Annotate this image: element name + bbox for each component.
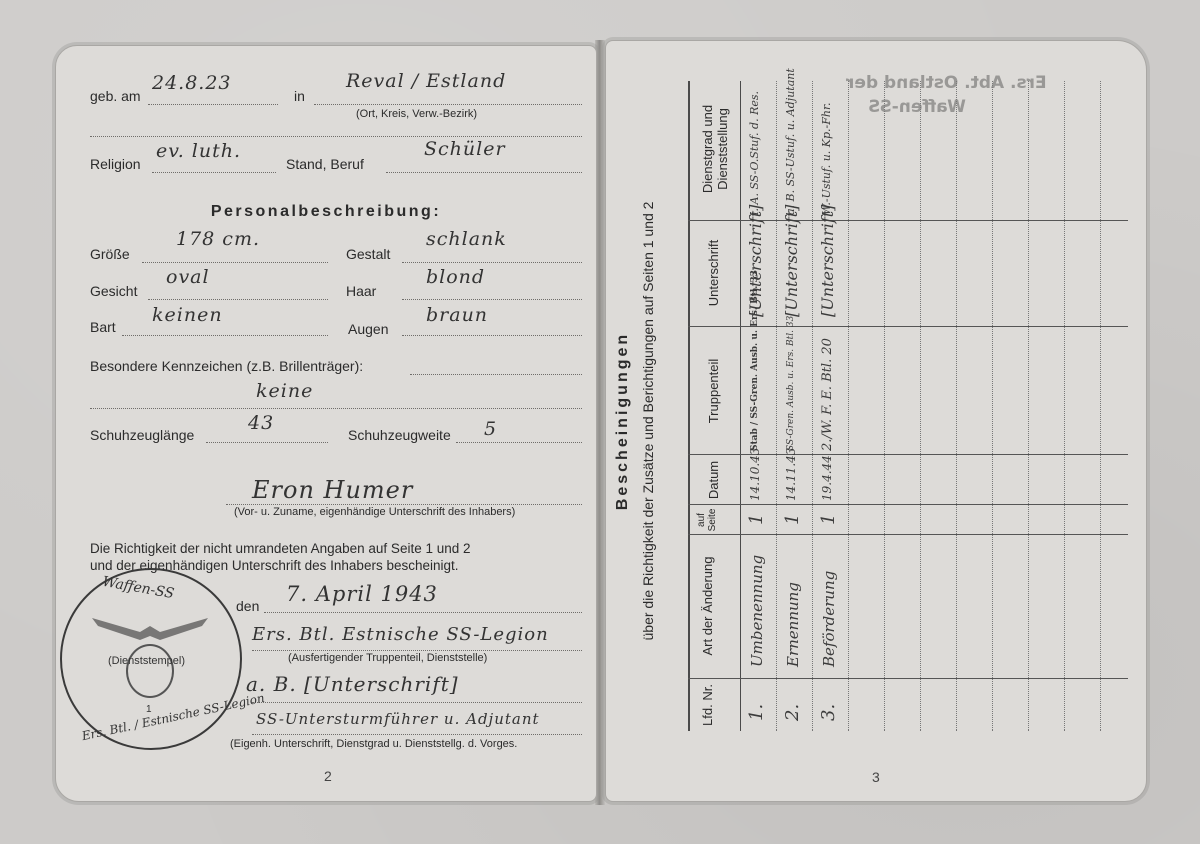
header-truppenteil: Truppenteil [706,331,721,451]
issue-date-value: 7. April 1943 [286,582,438,606]
row-rule [1064,81,1065,731]
table-top-rule [688,81,690,731]
row-1-nr: 1. [746,704,767,721]
dotted-line [402,262,582,263]
row-rule [812,81,813,731]
row-3-dienstgrad: W.-Ustuf. u. Kp.-Fhr. [820,102,833,215]
hair-label: Haar [346,283,376,299]
birth-place-value: Reval / Estland [346,70,506,92]
header-unterschrift: Unterschrift [706,223,721,323]
row-2-datum: 14.11.43 [784,448,798,501]
row-1-seite: 1 [746,514,767,525]
row-3-art: Beförderung [820,571,838,667]
dotted-line [410,374,582,375]
beard-value: keinen [152,304,223,326]
certification-text-line-1: Die Richtigkeit der nicht umrandeten Ang… [90,540,471,557]
header-seite: auf Seite [696,507,718,533]
row-1-datum: 14.10.43 [748,448,762,501]
wreath-emblem-icon [126,644,174,698]
officer-signature: a. B. [Unterschrift] [246,672,459,696]
face-value: oval [166,266,210,288]
dotted-line [386,172,582,173]
col-divider [688,504,1128,505]
stamp-top-text: Waffen-SS [101,574,175,602]
official-stamp: Waffen-SS (Dienststempel) 1 Ers. Btl. / … [60,568,242,750]
row-3-datum: 19.4.44 [820,455,834,501]
right-page: Ers. Abt. Ostland der Waffen-SS Beschein… [605,40,1147,802]
holder-signature: Eron Humer [252,476,413,504]
dotted-line [90,408,582,409]
row-3-nr: 3. [818,704,839,721]
holder-signature-hint: (Vor- u. Zuname, eigenhändige Unterschri… [234,506,515,518]
dotted-line [226,504,582,505]
issuing-unit-hint: (Ausfertigender Truppenteil, Dienststell… [288,652,487,664]
date-line-label: den [236,598,259,614]
height-value: 178 cm. [176,228,260,250]
dotted-line [314,104,582,105]
dotted-line [148,104,278,105]
certifications-table-rotated: Bescheinigungen über die Richtigkeit der… [606,41,1146,761]
dotted-line [90,136,582,137]
page-number-right: 3 [872,769,880,785]
birth-place-label: in [294,88,305,104]
dotted-line [152,172,276,173]
special-marks-label: Besondere Kennzeichen (z.B. Brillenträge… [90,358,363,374]
row-rule [848,81,849,731]
row-2-seite: 1 [782,514,803,525]
header-datum: Datum [706,457,721,503]
dotted-line [142,262,328,263]
header-nr: Lfd. Nr. [700,683,715,727]
dotted-line [402,299,582,300]
eagle-emblem-icon [90,614,210,642]
shoe-length-value: 43 [248,412,274,434]
dotted-line [252,702,582,703]
officer-rank-value: SS-Untersturmführer u. Adjutant [256,710,540,728]
row-1-unterschrift: [Unterschrift] [746,205,765,317]
officer-rank-hint: (Eigenh. Unterschrift, Dienstgrad u. Die… [230,738,517,750]
row-2-unterschrift: [Unterschrift] [782,205,801,317]
shoe-width-label: Schuhzeugweite [348,427,451,443]
certifications-title: Bescheinigungen [614,81,632,761]
issuing-unit-value: Ers. Btl. Estnische SS-Legion [252,624,549,645]
height-label: Größe [90,246,130,262]
special-marks-value: keine [256,380,313,402]
table-header-rule [740,81,741,731]
dotted-line [252,734,582,735]
birth-place-hint: (Ort, Kreis, Verw.-Bezirk) [356,108,477,120]
row-rule [920,81,921,731]
row-2-art: Ernennung [784,582,802,667]
birth-date-value: 24.8.23 [152,72,232,94]
shoe-length-label: Schuhzeuglänge [90,427,194,443]
row-2-dienstgrad: a. B. SS-Ustuf. u. Adjutant [784,68,797,215]
row-1-dienstgrad: i. A. SS-O.Stuf. d. Res. [748,91,761,215]
eyes-label: Augen [348,321,388,337]
row-3-truppenteil: 2./W. F. E. Btl. 20 [820,338,835,451]
header-art: Art der Änderung [700,541,715,671]
stamp-number: 1 [146,704,152,715]
dotted-line [148,299,328,300]
row-rule [1028,81,1029,731]
dotted-line [252,650,582,651]
row-1-art: Umbenennung [748,555,766,667]
header-dienstgrad: Dienstgrad und Dienststellung [700,81,730,217]
build-label: Gestalt [346,246,390,262]
religion-label: Religion [90,156,141,172]
beard-label: Bart [90,319,116,335]
dotted-line [264,612,582,613]
hair-value: blond [426,266,485,288]
face-label: Gesicht [90,283,137,299]
row-rule [884,81,885,731]
dotted-line [402,335,582,336]
dotted-line [122,335,328,336]
religion-value: ev. luth. [156,140,241,162]
stamp-center-text: (Dienststempel) [108,655,185,667]
certifications-subtitle: über die Richtigkeit der Zusätze und Ber… [640,81,656,761]
col-divider [688,534,1128,535]
dotted-line [206,442,328,443]
shoe-width-value: 5 [484,418,497,440]
row-rule [992,81,993,731]
col-divider [688,678,1128,679]
page-number-left: 2 [324,768,332,784]
row-rule [776,81,777,731]
row-2-truppenteil: SS-Gren. Ausb. u. Ers. Btl. 33 [786,316,796,451]
row-3-seite: 1 [818,514,839,525]
birth-date-label: geb. am [90,88,141,104]
personal-description-heading: Personalbeschreibung: [56,203,596,221]
build-value: schlank [426,228,507,250]
row-rule [956,81,957,731]
row-3-unterschrift: [Unterschrift] [818,205,837,317]
row-rule [1100,81,1101,731]
dotted-line [456,442,582,443]
profession-label: Stand, Beruf [286,156,364,172]
profession-value: Schüler [424,138,506,160]
eyes-value: braun [426,304,488,326]
row-2-nr: 2. [782,704,803,721]
